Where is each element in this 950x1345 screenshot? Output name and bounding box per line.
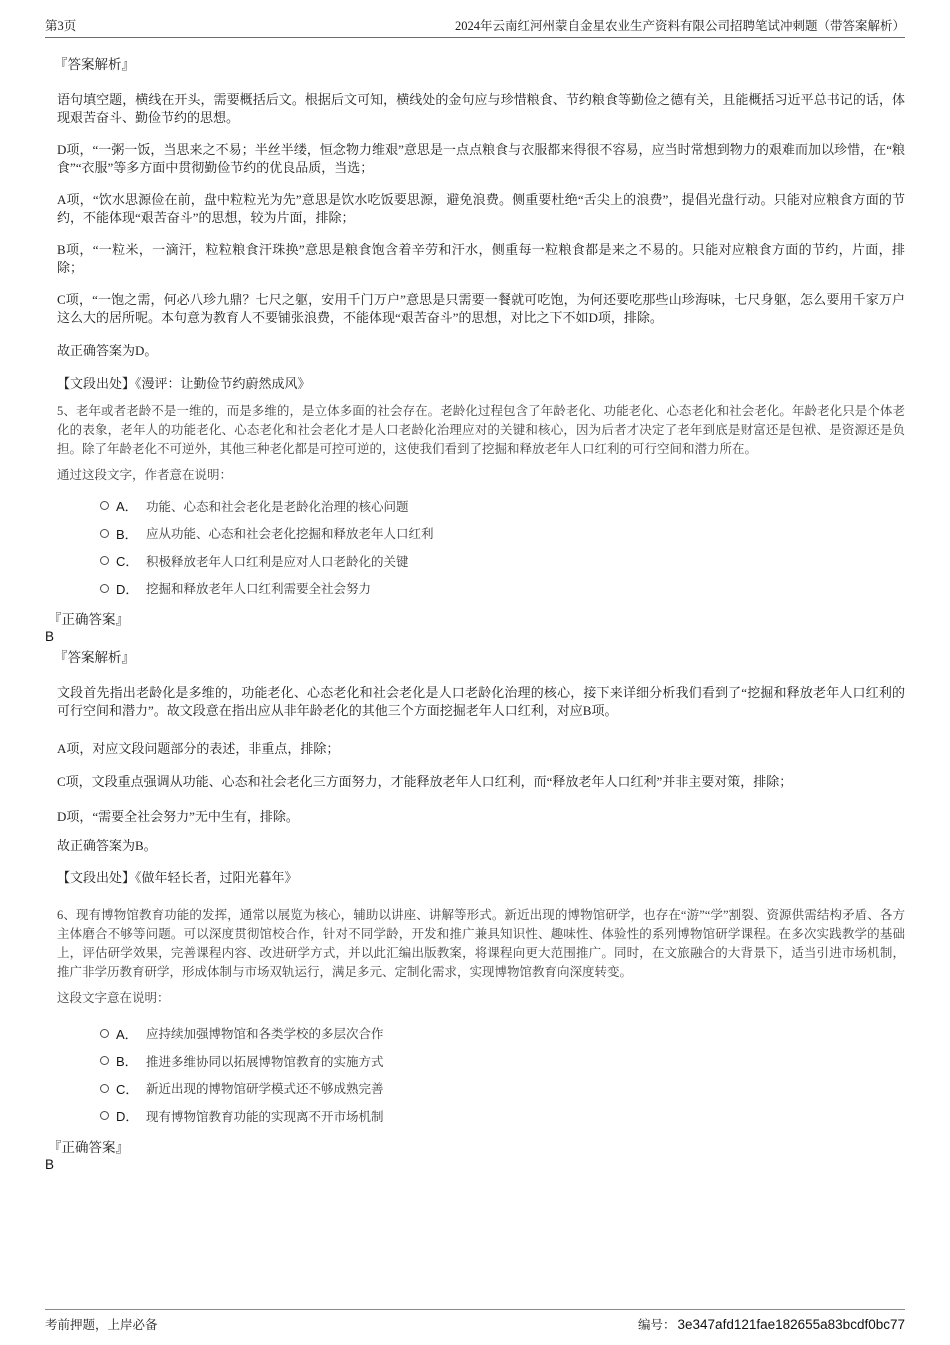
analysis-paragraph: A项，“饮水思源俭在前，盘中粒粒光为先”意思是饮水吃饭要思源，避免浪费。侧重要杜…: [57, 191, 905, 226]
option-text: 应从功能、心态和社会老化挖掘和释放老年人口红利: [146, 524, 434, 542]
option-text: 功能、心态和社会老化是老龄化治理的核心问题: [146, 497, 409, 515]
option-letter: D．: [116, 579, 146, 598]
page-number: 第3页: [45, 16, 76, 34]
option-letter: B．: [116, 1051, 146, 1070]
option-row-c[interactable]: C． 新近出现的博物馆研学模式还不够成熟完善: [100, 1075, 905, 1103]
option-row-b[interactable]: B． 推进多维协同以拓展博物馆教育的实施方式: [100, 1047, 905, 1075]
analysis-paragraph: 语句填空题，横线在开头，需要概括后文。根据后文可知，横线处的金句应与珍惜粮食、节…: [57, 91, 905, 126]
analysis-paragraph: D项，“需要全社会努力”无中生有，排除。: [57, 808, 905, 826]
option-letter: C．: [116, 551, 146, 570]
analysis-conclusion: 故正确答案为D。: [57, 342, 905, 360]
analysis-heading: 『答案解析』: [54, 646, 905, 666]
option-row-a[interactable]: A． 应持续加强博物馆和各类学校的多层次合作: [100, 1020, 905, 1048]
radio-icon[interactable]: [100, 529, 109, 538]
question-6-options: A． 应持续加强博物馆和各类学校的多层次合作 B． 推进多维协同以拓展博物馆教育…: [100, 1020, 905, 1130]
option-letter: B．: [116, 524, 146, 543]
serial-value: 3e347afd121fae182655a83bcdf0bc77: [678, 1317, 905, 1332]
option-letter: A．: [116, 1024, 146, 1043]
option-row-a[interactable]: A． 功能、心态和社会老化是老龄化治理的核心问题: [100, 492, 905, 520]
correct-answer-value: B: [45, 1157, 905, 1172]
radio-icon[interactable]: [100, 1111, 109, 1120]
radio-icon[interactable]: [100, 584, 109, 593]
footer-serial: 编号： 3e347afd121fae182655a83bcdf0bc77: [638, 1315, 905, 1333]
correct-answer-label: 『正确答案』: [48, 1136, 905, 1156]
option-letter: A．: [116, 496, 146, 515]
option-row-c[interactable]: C． 积极释放老年人口红利是应对人口老龄化的关键: [100, 547, 905, 575]
radio-icon[interactable]: [100, 1084, 109, 1093]
page-content: 『答案解析』 语句填空题，横线在开头，需要概括后文。根据后文可知，横线处的金句应…: [45, 34, 905, 1172]
question-5-options: A． 功能、心态和社会老化是老龄化治理的核心问题 B． 应从功能、心态和社会老化…: [100, 492, 905, 602]
option-letter: D．: [116, 1106, 146, 1125]
option-text: 新近出现的博物馆研学模式还不够成熟完善: [146, 1079, 384, 1097]
analysis-paragraph: B项，“一粒米，一滴汗，粒粒粮食汗珠换”意思是粮食饱含着辛劳和汗水，侧重每一粒粮…: [57, 241, 905, 276]
analysis-paragraph: D项，“一粥一饭，当思来之不易；半丝半缕，恒念物力维艰”意思是一点点粮食与衣服都…: [57, 141, 905, 176]
analysis-heading: 『答案解析』: [54, 53, 905, 73]
analysis-paragraph: C项，文段重点强调从功能、心态和社会老化三方面努力，才能释放老年人口红利，而“释…: [57, 773, 905, 791]
option-text: 积极释放老年人口红利是应对人口老龄化的关键: [146, 552, 409, 570]
question-6-prompt: 这段文字意在说明：: [57, 988, 905, 1006]
radio-icon[interactable]: [100, 501, 109, 510]
page-footer: 考前押题，上岸必备 编号： 3e347afd121fae182655a83bcd…: [45, 1309, 905, 1333]
option-text: 现有博物馆教育功能的实现离不开市场机制: [146, 1107, 384, 1125]
correct-answer-value: B: [45, 629, 905, 644]
serial-label: 编号：: [638, 1315, 676, 1333]
analysis-paragraph: 文段首先指出老龄化是多维的，功能老化、心态老化和社会老化是人口老龄化治理的核心，…: [57, 684, 905, 719]
option-text: 应持续加强博物馆和各类学校的多层次合作: [146, 1024, 384, 1042]
correct-answer-label: 『正确答案』: [48, 608, 905, 628]
analysis-paragraph: C项，“一饱之需，何必八珍九鼎？七尺之躯，安用千门万户”意思是只需要一餐就可吃饱…: [57, 291, 905, 326]
option-letter: C．: [116, 1079, 146, 1098]
option-text: 挖掘和释放老年人口红利需要全社会努力: [146, 579, 371, 597]
question-5-stem: 5、老年或者老龄不是一维的，而是多维的，是立体多面的社会存在。老龄化过程包含了年…: [57, 402, 905, 459]
option-row-b[interactable]: B． 应从功能、心态和社会老化挖掘和释放老年人口红利: [100, 520, 905, 548]
question-5-prompt: 通过这段文字，作者意在说明：: [57, 465, 905, 483]
option-text: 推进多维协同以拓展博物馆教育的实施方式: [146, 1052, 384, 1070]
analysis-paragraph: A项，对应文段问题部分的表述，非重点，排除；: [57, 740, 905, 758]
question-6-stem: 6、现有博物馆教育功能的发挥，通常以展览为核心，辅助以讲座、讲解等形式。新近出现…: [57, 906, 905, 982]
analysis-conclusion: 故正确答案为B。: [57, 837, 905, 855]
radio-icon[interactable]: [100, 1029, 109, 1038]
footer-slogan: 考前押题，上岸必备: [45, 1315, 158, 1333]
option-row-d[interactable]: D． 现有博物馆教育功能的实现离不开市场机制: [100, 1102, 905, 1130]
passage-source: 【文段出处】《漫评：让勤俭节约蔚然成风》: [57, 375, 905, 393]
radio-icon[interactable]: [100, 556, 109, 565]
document-title: 2024年云南红河州蒙自金星农业生产资料有限公司招聘笔试冲刺题（带答案解析）: [455, 16, 905, 34]
passage-source: 【文段出处】《做年轻长者，过阳光暮年》: [57, 869, 905, 887]
document-page: 第3页 2024年云南红河州蒙自金星农业生产资料有限公司招聘笔试冲刺题（带答案解…: [0, 0, 950, 1345]
radio-icon[interactable]: [100, 1056, 109, 1065]
option-row-d[interactable]: D． 挖掘和释放老年人口红利需要全社会努力: [100, 575, 905, 603]
